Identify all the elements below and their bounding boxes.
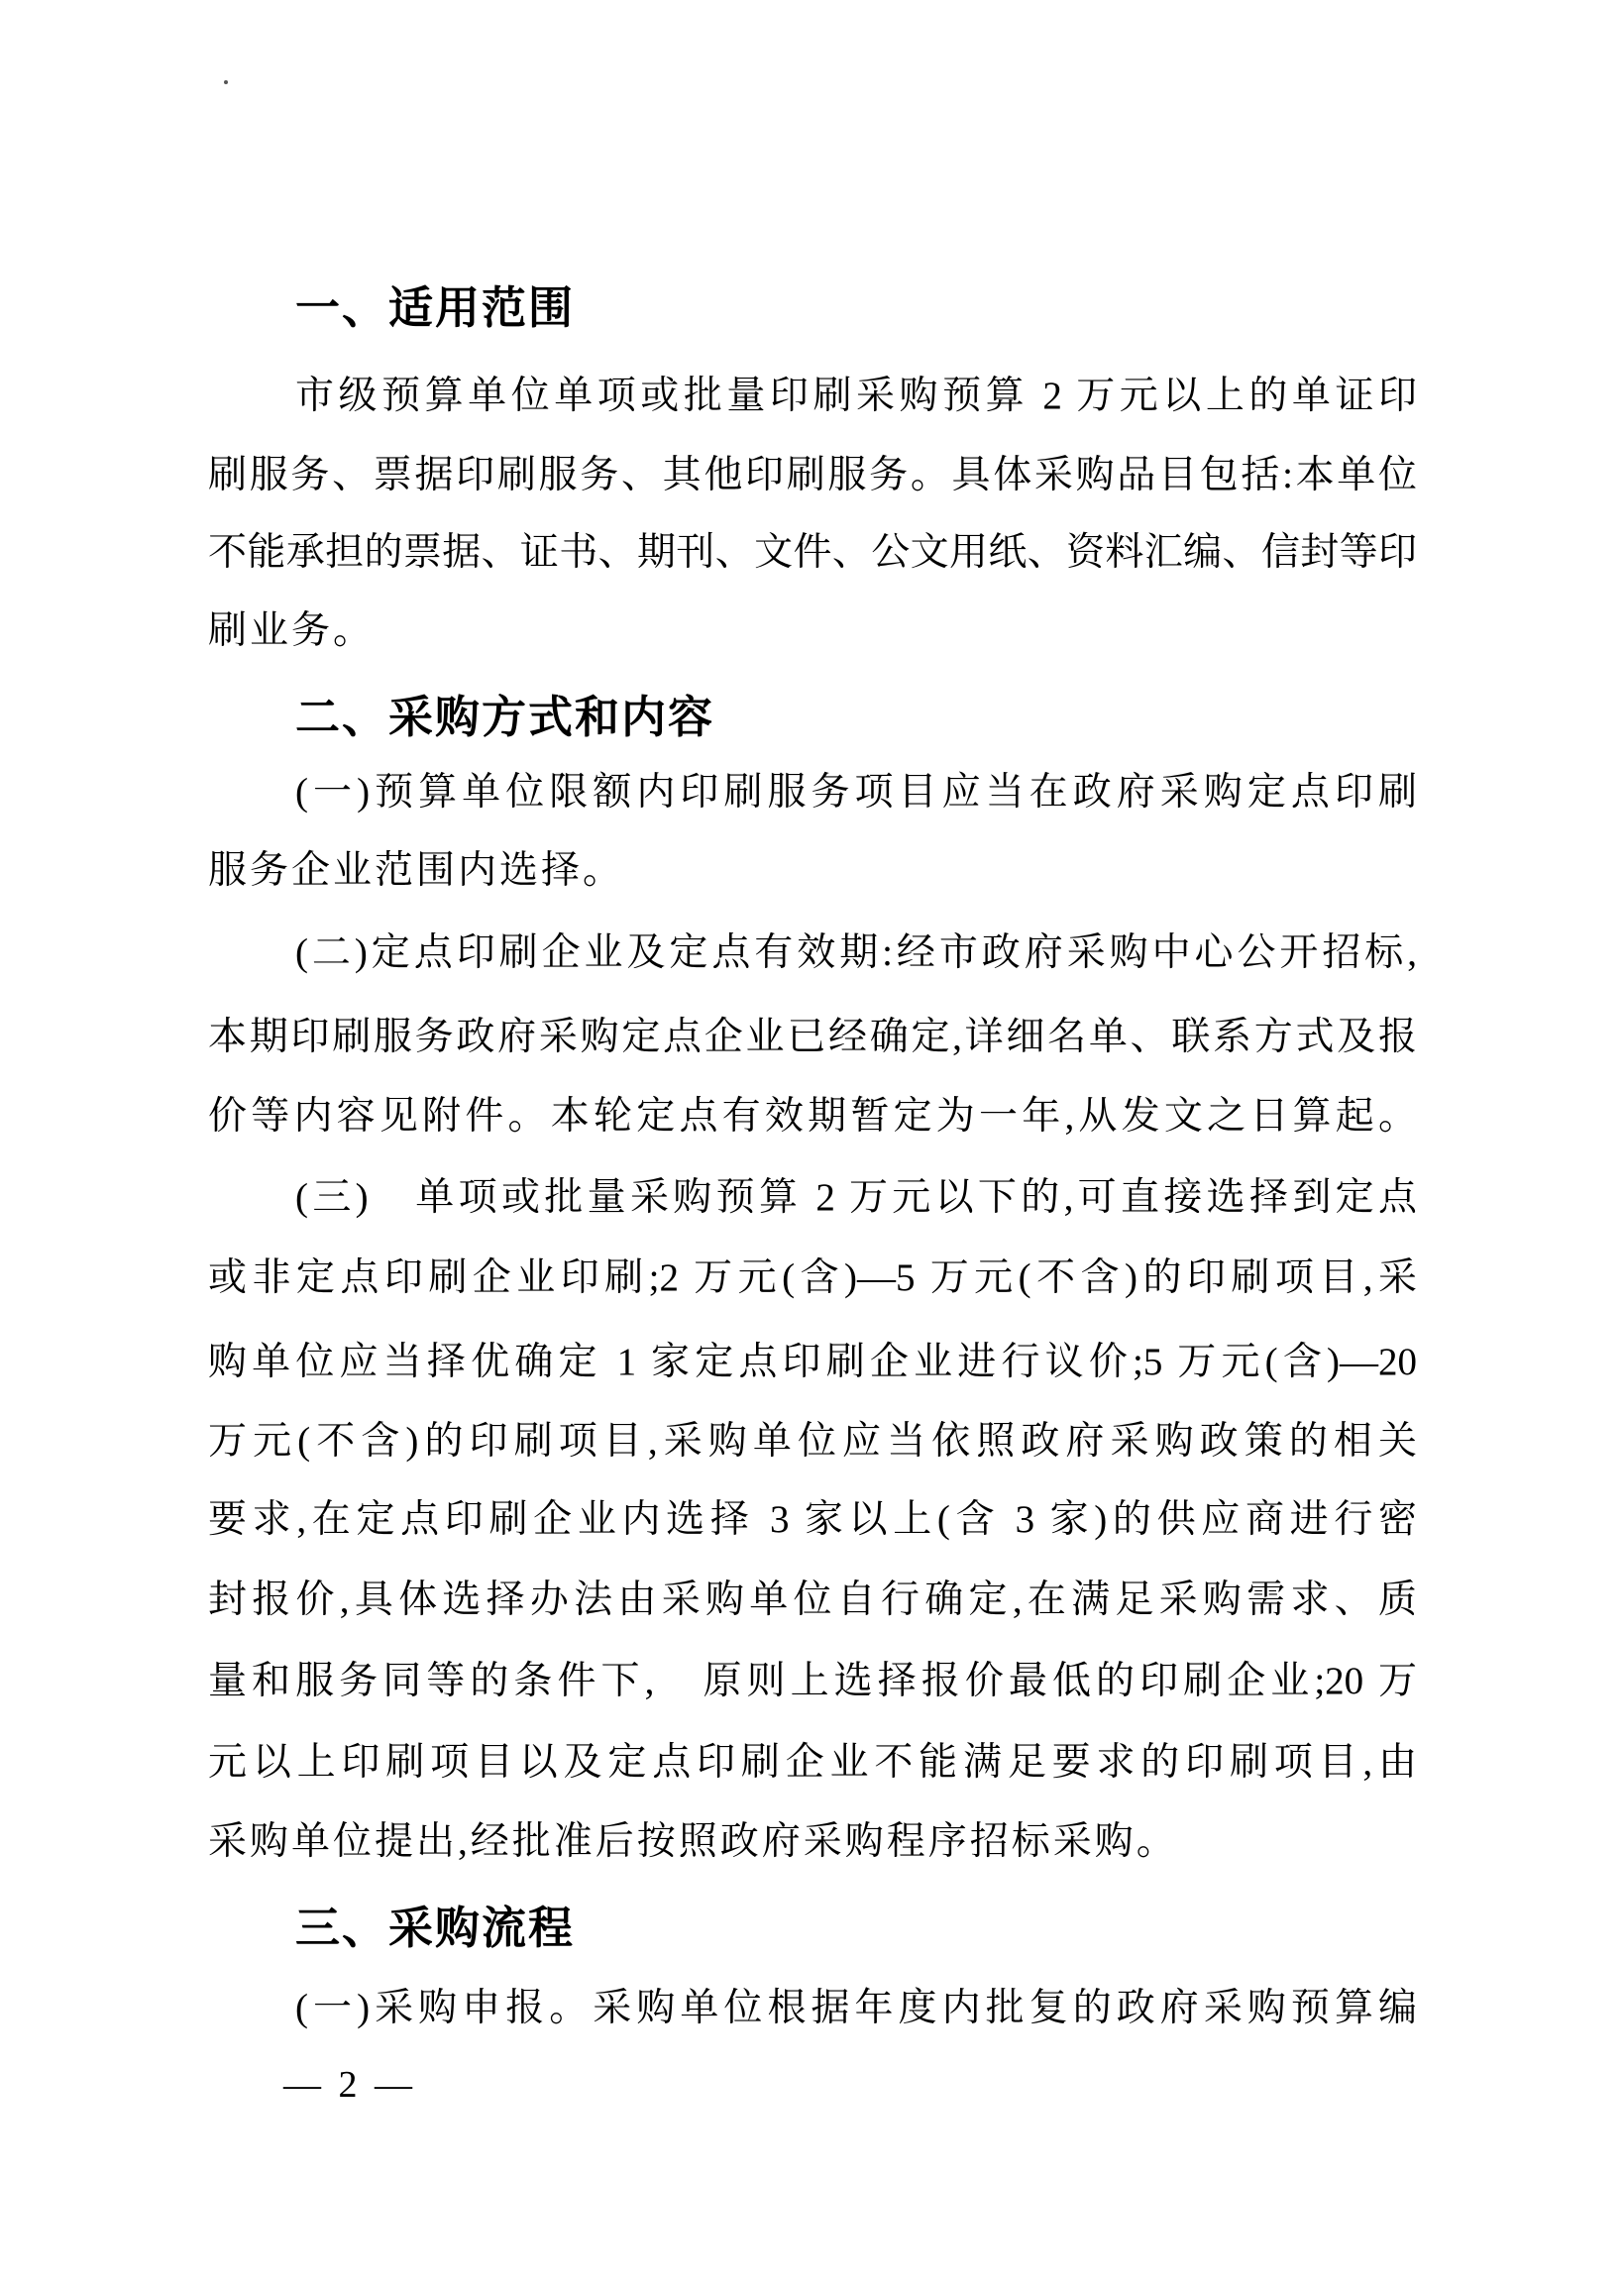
scan-speck	[224, 80, 228, 84]
paragraph-line: (三) 单项或批量采购预算 2 万元以下的,可直接选择到定点	[208, 1175, 1417, 1221]
paragraph-line: 购单位应当择优确定 1 家定点印刷企业进行议价;5 万元(含)—20	[208, 1340, 1417, 1385]
paragraph-line: 万元(不含)的印刷项目,采购单位应当依照政府采购政策的相关	[208, 1419, 1417, 1465]
paragraph-line: 封报价,具体选择办法由采购单位自行确定,在满足采购需求、质	[208, 1578, 1417, 1623]
paragraph-line: 刷业务。	[208, 608, 1417, 654]
paragraph-line: 服务企业范围内选择。	[208, 848, 1417, 894]
paragraph-line: 不能承担的票据、证书、期刊、文件、公文用纸、资料汇编、信封等印	[208, 530, 1417, 576]
page-number: — 2 —	[283, 2063, 581, 2107]
paragraph-line: 刷服务、票据印刷服务、其他印刷服务。具体采购品目包括:本单位	[208, 453, 1417, 498]
paragraph-line: 要求,在定点印刷企业内选择 3 家以上(含 3 家)的供应商进行密	[208, 1497, 1417, 1543]
section-heading: 一、适用范围	[208, 281, 1417, 334]
section-heading: 三、采购流程	[208, 1902, 1417, 1954]
paragraph-line: (一)预算单位限额内印刷服务项目应当在政府采购定点印刷	[208, 770, 1417, 816]
paragraph-line: 或非定点印刷企业印刷;2 万元(含)—5 万元(不含)的印刷项目,采	[208, 1255, 1417, 1301]
paragraph-line: 价等内容见附件。本轮定点有效期暂定为一年,从发文之日算起。	[208, 1094, 1417, 1140]
paragraph-line: (二)定点印刷企业及定点有效期:经市政府采购中心公开招标,	[208, 930, 1417, 976]
paragraph-line: 本期印刷服务政府采购定点企业已经确定,详细名单、联系方式及报	[208, 1015, 1417, 1060]
paragraph-line: 量和服务同等的条件下, 原则上选择报价最低的印刷企业;20 万	[208, 1659, 1417, 1704]
paragraph-line: 市级预算单位单项或批量印刷采购预算 2 万元以上的单证印	[208, 374, 1417, 419]
paragraph-line: 元以上印刷项目以及定点印刷企业不能满足要求的印刷项目,由	[208, 1740, 1417, 1786]
paragraph-line: 采购单位提出,经批准后按照政府采购程序招标采购。	[208, 1819, 1417, 1865]
document-page: 一、适用范围市级预算单位单项或批量印刷采购预算 2 万元以上的单证印刷服务、票据…	[0, 0, 1624, 2286]
paragraph-line: (一)采购申报。采购单位根据年度内批复的政府采购预算编	[208, 1986, 1417, 2031]
section-heading: 二、采购方式和内容	[208, 691, 1417, 743]
